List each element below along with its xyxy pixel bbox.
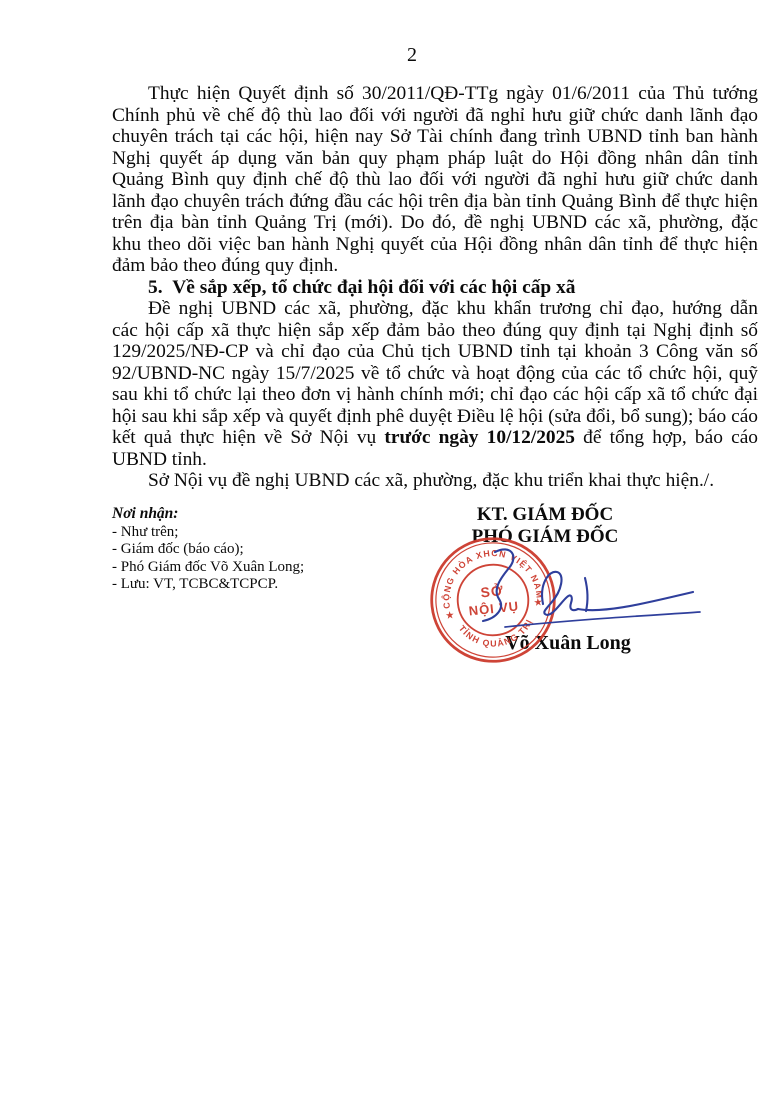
recipient-line: - Phó Giám đốc Võ Xuân Long; xyxy=(112,559,412,577)
text-segment: trên địa bàn tỉnh Quảng Trị (mới). Do đó… xyxy=(112,212,758,233)
text-segment: các hội cấp xã thực hiện sắp xếp đảm bảo… xyxy=(112,320,758,341)
text-line: kết quả thực hiện về Sở Nội vụ trước ngà… xyxy=(112,427,758,449)
text-line: các hội cấp xã thực hiện sắp xếp đảm bảo… xyxy=(112,320,758,342)
text-segment: lãnh đạo chuyên trách đứng đầu các hội t… xyxy=(112,191,758,212)
page-number: 2 xyxy=(112,44,712,67)
text-segment: 92/UBND-NC ngày 15/7/2025 về tổ chức và … xyxy=(112,363,758,384)
recipients-block: Nơi nhận: - Như trên;- Giám đốc (báo cáo… xyxy=(112,505,412,594)
text-line: khu theo dõi việc ban hành Nghị quyết củ… xyxy=(112,234,758,256)
signature-flourish-stroke xyxy=(483,549,513,621)
text-line: 5. Về sắp xếp, tổ chức đại hội đối với c… xyxy=(112,277,758,299)
signature-underline-stroke xyxy=(505,612,700,627)
text-segment: Sở Nội vụ đề nghị UBND các xã, phường, đ… xyxy=(148,470,714,491)
recipient-line: - Như trên; xyxy=(112,524,412,542)
text-line: sau khi tổ chức lại theo đơn vị hành chí… xyxy=(112,384,758,406)
text-segment: Chính phủ về chế độ thù lao đối với ngườ… xyxy=(112,105,758,126)
text-line: 129/2025/NĐ-CP và chỉ đạo của Chủ tịch U… xyxy=(112,341,758,363)
text-segment: sau khi tổ chức lại theo đơn vị hành chí… xyxy=(112,384,758,405)
text-segment: hội sau khi sắp xếp và quyết định phê du… xyxy=(112,406,758,427)
section-heading: 5. Về sắp xếp, tổ chức đại hội đối với c… xyxy=(112,277,758,299)
paragraph: Đề nghị UBND các xã, phường, đặc khu khẩ… xyxy=(112,298,758,470)
text-segment: UBND tỉnh. xyxy=(112,449,207,470)
recipient-line: - Lưu: VT, TCBC&TCPCP. xyxy=(112,576,412,594)
text-line: Thực hiện Quyết định số 30/2011/QĐ-TTg n… xyxy=(112,83,758,105)
handwritten-signature xyxy=(465,542,715,637)
text-line: Đề nghị UBND các xã, phường, đặc khu khẩ… xyxy=(112,298,758,320)
text-segment: khu theo dõi việc ban hành Nghị quyết củ… xyxy=(112,234,758,255)
recipients-list: - Như trên;- Giám đốc (báo cáo);- Phó Gi… xyxy=(112,524,412,594)
text-segment: Nghị quyết áp dụng văn bản quy phạm pháp… xyxy=(112,148,758,169)
text-line: UBND tỉnh. xyxy=(112,449,758,471)
text-segment: đảm bảo theo đúng quy định. xyxy=(112,255,338,276)
paragraph: Sở Nội vụ đề nghị UBND các xã, phường, đ… xyxy=(112,470,758,492)
signature-spike-stroke xyxy=(585,578,587,611)
body-paragraphs: Thực hiện Quyết định số 30/2011/QĐ-TTg n… xyxy=(112,83,758,492)
text-line: đảm bảo theo đúng quy định. xyxy=(112,255,758,277)
paragraph: Thực hiện Quyết định số 30/2011/QĐ-TTg n… xyxy=(112,83,758,277)
text-line: trên địa bàn tỉnh Quảng Trị (mới). Do đó… xyxy=(112,212,758,234)
text-line: lãnh đạo chuyên trách đứng đầu các hội t… xyxy=(112,191,758,213)
text-line: chuyên trách tại các hội, hiện nay Sở Tà… xyxy=(112,126,758,148)
text-segment: 5. Về sắp xếp, tổ chức đại hội đối với c… xyxy=(148,277,575,298)
recipient-line: - Giám đốc (báo cáo); xyxy=(112,541,412,559)
text-line: Nghị quyết áp dụng văn bản quy phạm pháp… xyxy=(112,148,758,170)
text-line: 92/UBND-NC ngày 15/7/2025 về tổ chức và … xyxy=(112,363,758,385)
signature-tail-stroke xyxy=(578,592,693,610)
signature-title-line1: KT. GIÁM ĐỐC xyxy=(432,504,658,526)
stamp-star-left-icon: ★ xyxy=(445,610,455,622)
recipients-label: Nơi nhận: xyxy=(112,505,412,523)
text-segment: chuyên trách tại các hội, hiện nay Sở Tà… xyxy=(112,126,758,147)
text-segment: Đề nghị UBND các xã, phường, đặc khu khẩ… xyxy=(148,298,758,319)
text-line: Quảng Bình quy định chế độ thù lao đối v… xyxy=(112,169,758,191)
text-segment: kết quả thực hiện về Sở Nội vụ xyxy=(112,427,384,448)
signature-loop-stroke xyxy=(542,572,578,615)
bold-text-segment: trước ngày 10/12/2025 xyxy=(384,427,575,448)
text-line: Sở Nội vụ đề nghị UBND các xã, phường, đ… xyxy=(112,470,758,492)
text-segment: để tổng hợp, báo cáo xyxy=(575,427,758,448)
text-segment: Thực hiện Quyết định số 30/2011/QĐ-TTg n… xyxy=(148,83,758,104)
text-line: hội sau khi sắp xếp và quyết định phê du… xyxy=(112,406,758,428)
text-segment: 129/2025/NĐ-CP và chỉ đạo của Chủ tịch U… xyxy=(112,341,758,362)
text-segment: Quảng Bình quy định chế độ thù lao đối v… xyxy=(112,169,758,190)
text-line: Chính phủ về chế độ thù lao đối với ngườ… xyxy=(112,105,758,127)
